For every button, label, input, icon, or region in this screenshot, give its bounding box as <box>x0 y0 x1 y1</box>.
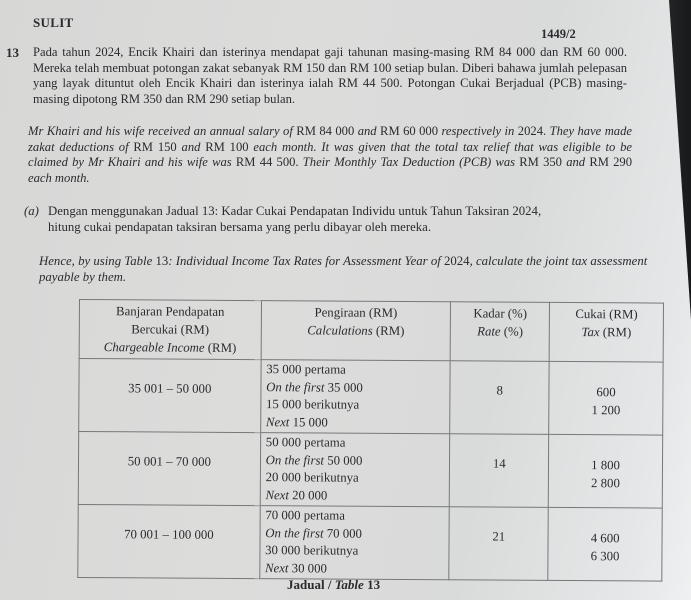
table-row: 70 001 – 100 00070 000 pertamaOn the fir… <box>78 504 662 581</box>
table-header-row: Banjaran Pendapatan Bercukai (RM) Charge… <box>79 300 663 363</box>
table-row: 35 001 – 50 00035 000 pertamaOn the firs… <box>79 359 663 436</box>
question-text-english: Mr Khairi and his wife received an annua… <box>28 124 632 186</box>
part-a-english: Hence, by using Table 13: Individual Inc… <box>39 253 649 285</box>
header-calculations: Pengiraan (RM) Calculations (RM) <box>261 301 451 361</box>
header-rate: Kadar (%) Rate (%) <box>450 302 549 362</box>
part-a-label: (a) <box>24 203 48 219</box>
table-caption: Jadual / Table 13 <box>287 577 380 593</box>
calculation-cell: 35 000 pertamaOn the first 35 00015 000 … <box>260 360 450 434</box>
part-a-malay-line2: hitung cukai pendapatan taksiran bersama… <box>24 220 431 234</box>
part-a-malay: (a)Dengan menggunakan Jadual 13: Kadar C… <box>24 203 644 235</box>
tax-cell: 1 8002 800 <box>548 434 662 508</box>
header-tax: Cukai (RM) Tax (RM) <box>549 302 663 362</box>
chargeable-income-range: 35 001 – 50 000 <box>79 359 261 433</box>
chargeable-income-range: 50 001 – 70 000 <box>78 432 260 506</box>
header-chargeable-income: Banjaran Pendapatan Bercukai (RM) Charge… <box>79 300 261 360</box>
table-row: 50 001 – 70 00050 000 pertamaOn the firs… <box>78 432 662 509</box>
income-tax-rate-table: Banjaran Pendapatan Bercukai (RM) Charge… <box>77 299 664 582</box>
question-number: 13 <box>6 45 19 61</box>
question-text-malay: Pada tahun 2024, Encik Khairi dan isteri… <box>33 45 627 107</box>
rate-cell: 14 <box>450 434 549 508</box>
tax-cell: 4 6006 300 <box>548 507 662 581</box>
calculation-cell: 70 000 pertamaOn the first 70 00030 000 … <box>259 506 449 580</box>
paper-code: 1449/2 <box>541 27 576 42</box>
tax-cell: 6001 200 <box>549 361 663 435</box>
rate-cell: 8 <box>450 361 549 435</box>
rate-cell: 21 <box>449 507 548 581</box>
calculation-cell: 50 000 pertamaOn the first 50 00020 000 … <box>260 433 450 507</box>
part-a-malay-line1: Dengan menggunakan Jadual 13: Kadar Cuka… <box>48 204 541 218</box>
chargeable-income-range: 70 001 – 100 000 <box>78 504 260 578</box>
classification-label: SULIT <box>33 15 74 31</box>
